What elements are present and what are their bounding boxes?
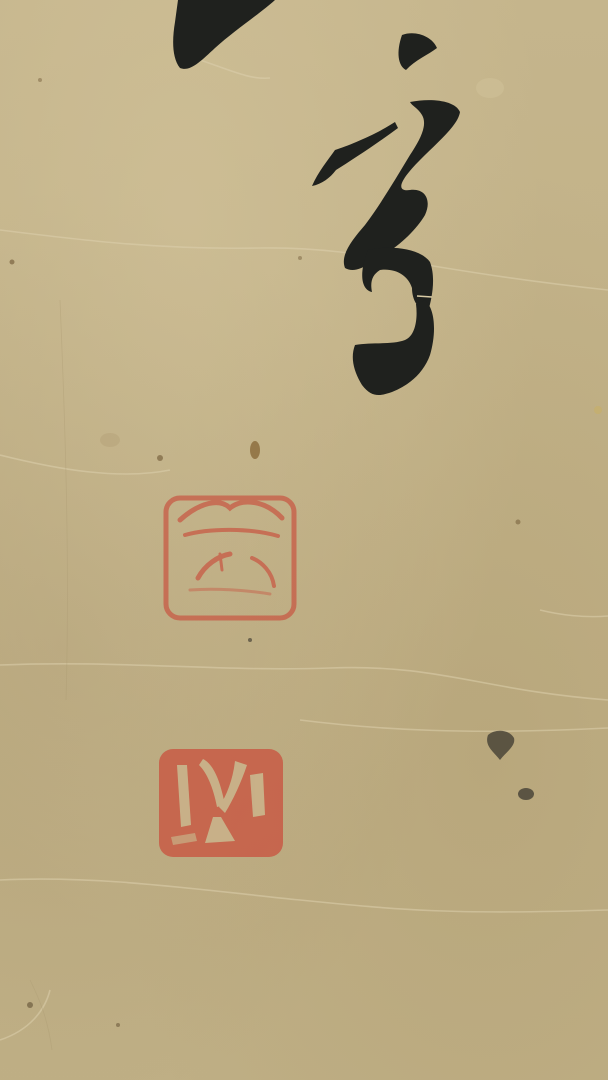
ink-splatters <box>487 731 534 800</box>
foxing-spots <box>10 78 603 1027</box>
paper-spots <box>0 0 608 1080</box>
calligraphy-scroll <box>0 0 608 1080</box>
